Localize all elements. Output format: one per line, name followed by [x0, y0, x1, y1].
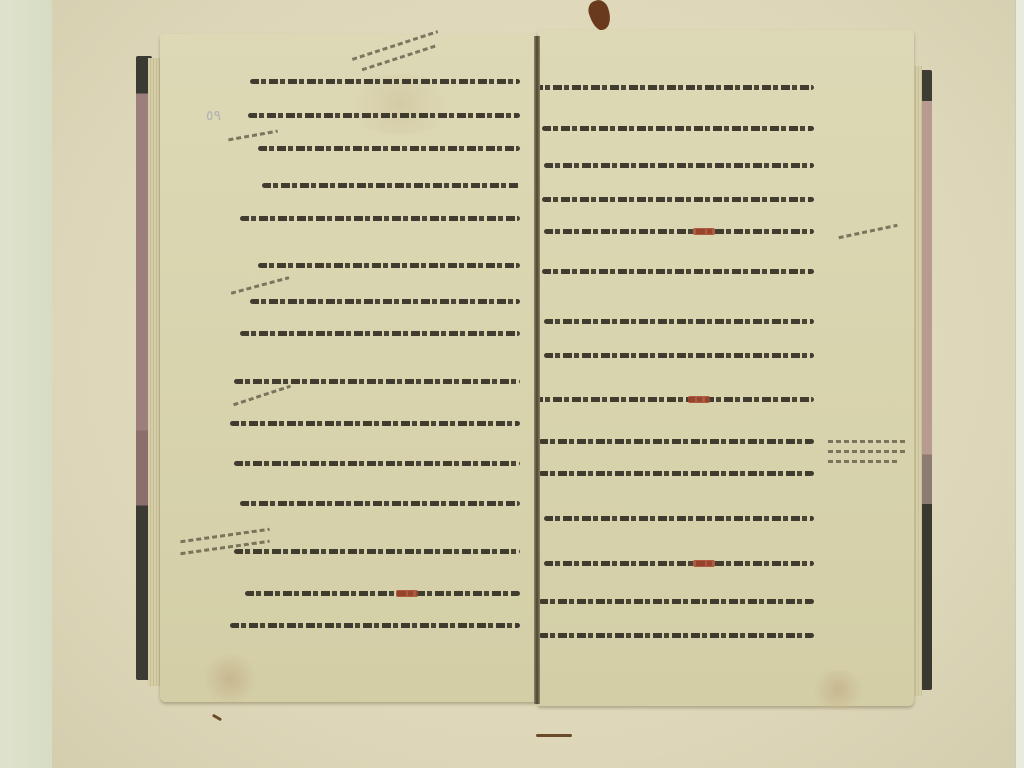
- ink-stroke: [539, 439, 814, 444]
- manuscript-text-line: [230, 620, 520, 632]
- ink-stroke: [544, 516, 814, 521]
- ink-stroke: [234, 549, 520, 554]
- manuscript-text-line: [258, 143, 520, 155]
- ink-stroke: [250, 299, 520, 304]
- book-gutter: [534, 36, 540, 704]
- debris-stick: [536, 734, 572, 737]
- right-border-strip: [1015, 0, 1024, 768]
- ink-stroke: [534, 85, 814, 90]
- ink-stroke: [544, 561, 814, 566]
- ink-stroke: [245, 591, 520, 596]
- left-page-text: [160, 34, 536, 702]
- manuscript-text-line: [240, 213, 520, 225]
- manuscript-text-line: [234, 546, 520, 558]
- manuscript-text-line: [248, 110, 520, 122]
- ink-stroke: [539, 599, 814, 604]
- ink-stroke: [240, 331, 520, 336]
- manuscript-text-line: [534, 394, 814, 406]
- manuscript-text-line: [240, 498, 520, 510]
- manuscript-text-line: [234, 376, 520, 388]
- manuscript-text-line: [544, 513, 814, 525]
- manuscript-text-line: [240, 328, 520, 340]
- manuscript-text-line: [544, 350, 814, 362]
- ink-stroke: [262, 183, 520, 188]
- folio-number: ٥٩: [206, 108, 221, 124]
- manuscript-text-line: [539, 596, 814, 608]
- manuscript-text-line: [230, 418, 520, 430]
- ink-stroke: [234, 461, 520, 466]
- ink-stroke: [234, 379, 520, 384]
- manuscript-text-line: [542, 123, 814, 135]
- manuscript-text-line: [234, 458, 520, 470]
- ink-stroke: [542, 197, 814, 202]
- red-rubric-word: [396, 590, 418, 597]
- manuscript-text-line: [262, 180, 520, 192]
- left-page: [160, 34, 536, 702]
- manuscript-text-line: [539, 436, 814, 448]
- manuscript-text-line: [258, 260, 520, 272]
- ink-stroke: [258, 263, 520, 268]
- marginal-note: [828, 450, 908, 453]
- ink-stroke: [258, 146, 520, 151]
- ink-stroke: [544, 229, 814, 234]
- ink-stroke: [230, 623, 520, 628]
- ink-stroke: [539, 471, 814, 476]
- ink-stroke: [544, 163, 814, 168]
- ink-stroke: [248, 113, 520, 118]
- right-page-text: [538, 30, 914, 706]
- manuscript-text-line: [245, 588, 520, 600]
- left-border-strip: [0, 0, 53, 768]
- manuscript-text-line: [250, 296, 520, 308]
- ink-stroke: [542, 269, 814, 274]
- ink-stroke: [544, 319, 814, 324]
- marginal-note: [828, 440, 908, 443]
- manuscript-text-line: [544, 316, 814, 328]
- ink-stroke: [240, 501, 520, 506]
- ink-stroke: [539, 633, 814, 638]
- ink-stroke: [544, 353, 814, 358]
- marginal-note: [828, 460, 898, 463]
- manuscript-text-line: [542, 266, 814, 278]
- manuscript-text-line: [539, 630, 814, 642]
- manuscript-text-line: [544, 226, 814, 238]
- ink-stroke: [534, 397, 814, 402]
- ink-stroke: [250, 79, 520, 84]
- red-rubric-word: [693, 560, 715, 567]
- ink-stroke: [230, 421, 520, 426]
- ink-stroke: [542, 126, 814, 131]
- ink-stroke: [240, 216, 520, 221]
- manuscript-text-line: [250, 76, 520, 88]
- red-rubric-word: [688, 396, 710, 403]
- manuscript-text-line: [544, 160, 814, 172]
- manuscript-text-line: [544, 558, 814, 570]
- red-rubric-word: [693, 228, 715, 235]
- manuscript-text-line: [534, 82, 814, 94]
- right-page: [538, 30, 914, 706]
- manuscript-text-line: [539, 468, 814, 480]
- manuscript-text-line: [542, 194, 814, 206]
